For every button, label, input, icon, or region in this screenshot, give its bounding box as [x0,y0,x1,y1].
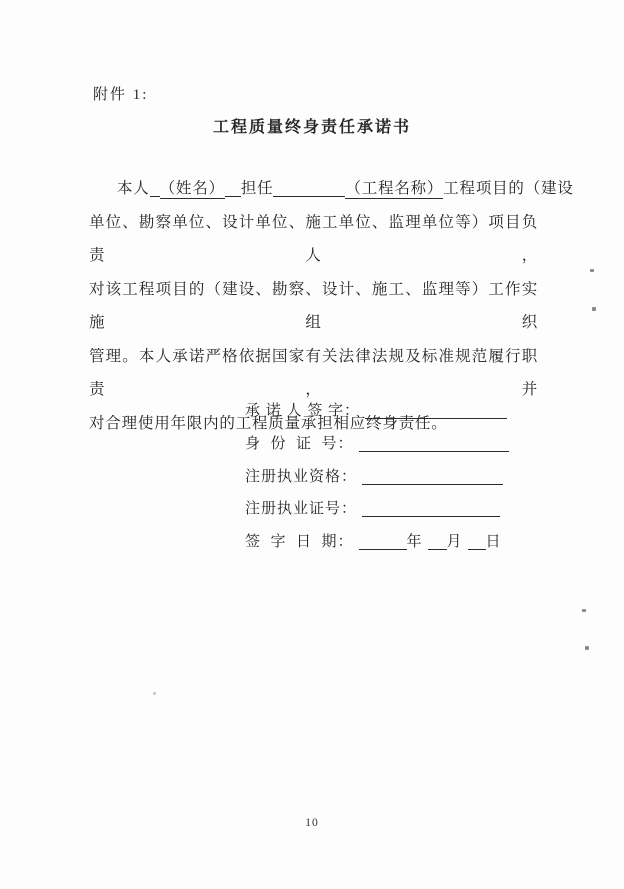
fill-in-blank-line [225,179,241,197]
scan-speck [582,609,586,612]
scan-speck [585,646,589,650]
page-number: 10 [0,817,624,829]
text-segment: （工程名称） [345,180,443,199]
scan-speck [592,307,596,311]
text-segment: 日 [486,534,502,550]
paragraph-line-3: 对该工程项目的（建设、勘察、设计、施工、监理等）工作实施组织 [89,273,538,340]
text-segment: 注册执业资格： [245,469,357,485]
text-segment: 年 [407,534,423,550]
signature-row-registered-license-number: 注册执业证号： [245,497,525,530]
attachment-label: 附件 1: [93,83,148,104]
scanned-document-page: 附件 1: 工程质量终身责任承诺书 本人（姓名）担任（工程名称）工程项目的（建设… [0,0,624,889]
text-segment: 工程项目的（建设 [443,180,573,197]
text-segment: 担任 [241,180,274,197]
signature-row-registered-qualification: 注册执业资格： [245,465,525,498]
signature-row-id-number: 身 份 证 号： [245,432,525,465]
text-segment: 注册执业证号： [245,501,357,517]
fill-in-blank-line [359,435,509,452]
fill-in-blank-line [365,402,507,419]
paragraph-line-1: 本人（姓名）担任（工程名称）工程项目的（建设 [89,172,538,206]
fill-in-blank-line [428,533,447,550]
text-segment: 月 [447,534,463,550]
fill-in-blank-line [150,179,160,197]
fill-in-blank-line [468,533,486,550]
fill-in-blank-line [273,179,345,197]
text-segment: 身 份 证 号： [245,436,354,452]
fill-in-blank-line [362,500,500,517]
paragraph-line-2: 单位、勘察单位、设计单位、施工单位、监理单位等）项目负责人， [89,206,538,273]
signature-row-date: 签 字 日 期：年月日 [245,530,525,563]
text-segment: 本人 [117,180,150,197]
text-segment: （姓名） [160,180,225,199]
text-segment: 签 字 日 期： [245,534,354,550]
fill-in-blank-line [362,467,503,484]
signature-row-signer: 承 诺 人 签 字： [245,399,525,432]
text-segment: 承 诺 人 签 字： [245,403,360,419]
scan-speck [590,269,594,272]
paragraph-line-4: 管理。本人承诺严格依据国家有关法律法规及标准规范履行职责，并 [89,340,538,407]
document-title: 工程质量终身责任承诺书 [0,114,624,137]
fill-in-blank-line [359,533,407,550]
signature-block: 承 诺 人 签 字： 身 份 证 号： 注册执业资格： 注册执业证号： 签 字 … [245,399,525,563]
scan-speck [153,692,156,695]
